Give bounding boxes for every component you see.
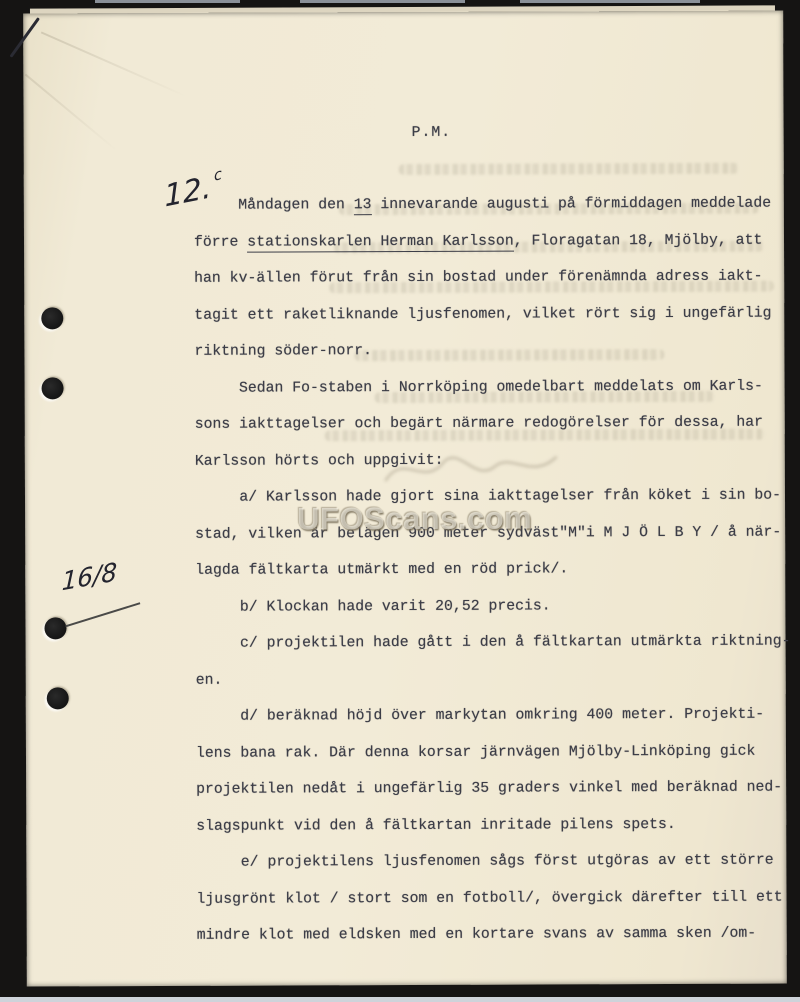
typed-line: ljusgrönt klot / stort som en fotboll/, … bbox=[196, 879, 791, 918]
typed-line: en. bbox=[196, 660, 791, 699]
punch-hole bbox=[42, 377, 64, 399]
typed-lines: Måndagen den 13 innevarande augusti på f… bbox=[194, 186, 792, 955]
watermark-text: UFOScans.com bbox=[297, 501, 532, 538]
typed-line: Karlsson hörts och uppgivit: bbox=[195, 441, 790, 480]
typed-line: han kv-ällen förut från sin bostad under… bbox=[194, 259, 789, 298]
paper-crease bbox=[25, 74, 119, 152]
typed-line: mindre klot med eldsken med en kortare s… bbox=[197, 916, 792, 955]
typed-line: lens bana rak. Där denna korsar järnväge… bbox=[196, 733, 791, 772]
bleedthrough-line bbox=[399, 163, 739, 175]
typed-line: c/ projektilen hade gått i den å fältkar… bbox=[195, 624, 790, 663]
typed-line: lagda fältkarta utmärkt med en röd prick… bbox=[195, 551, 790, 590]
typed-line: e/ projektilens ljusfenomen sågs först u… bbox=[196, 843, 791, 882]
typed-line: b/ Klockan hade varit 20,52 precis. bbox=[195, 587, 790, 626]
scanned-document-page: 12. c 16/8 P.M. Måndagen den 13 innevara… bbox=[0, 0, 800, 1002]
paper-crease bbox=[41, 31, 188, 97]
scanner-edge-artifact bbox=[300, 0, 465, 3]
handwritten-date-note: 16/8 bbox=[61, 557, 117, 597]
punch-hole bbox=[44, 617, 66, 639]
scanner-bed-strip bbox=[0, 997, 800, 1002]
typed-line: projektilen nedåt i ungefärlig 35 grader… bbox=[196, 770, 791, 809]
typed-line: Sedan Fo-staben i Norrköping omedelbart … bbox=[195, 368, 790, 407]
typed-line: riktning söder-norr. bbox=[194, 332, 789, 371]
scanner-edge-artifact bbox=[95, 0, 240, 3]
scanner-edge-artifact bbox=[520, 0, 700, 3]
pen-line-from-hole bbox=[65, 602, 140, 627]
handwritten-page-number-superscript: c bbox=[213, 165, 223, 185]
typed-line: tagit ett raketliknande ljusfenomen, vil… bbox=[194, 295, 789, 334]
punch-hole bbox=[47, 687, 69, 709]
typed-line: d/ beräknad höjd över markytan omkring 4… bbox=[196, 697, 791, 736]
typed-line: sons iakttagelser och begärt närmare red… bbox=[195, 405, 790, 444]
handwritten-check-stroke bbox=[9, 17, 39, 58]
typed-line: Måndagen den 13 innevarande augusti på f… bbox=[194, 186, 789, 225]
typed-line: förre stationskarlen Herman Karlsson, Fl… bbox=[194, 222, 789, 261]
paper-sheet: 12. c 16/8 P.M. Måndagen den 13 innevara… bbox=[23, 11, 787, 987]
typed-line: slagspunkt vid den å fältkartan inritade… bbox=[196, 806, 791, 845]
punch-hole bbox=[41, 307, 63, 329]
document-title: P.M. bbox=[412, 125, 452, 141]
